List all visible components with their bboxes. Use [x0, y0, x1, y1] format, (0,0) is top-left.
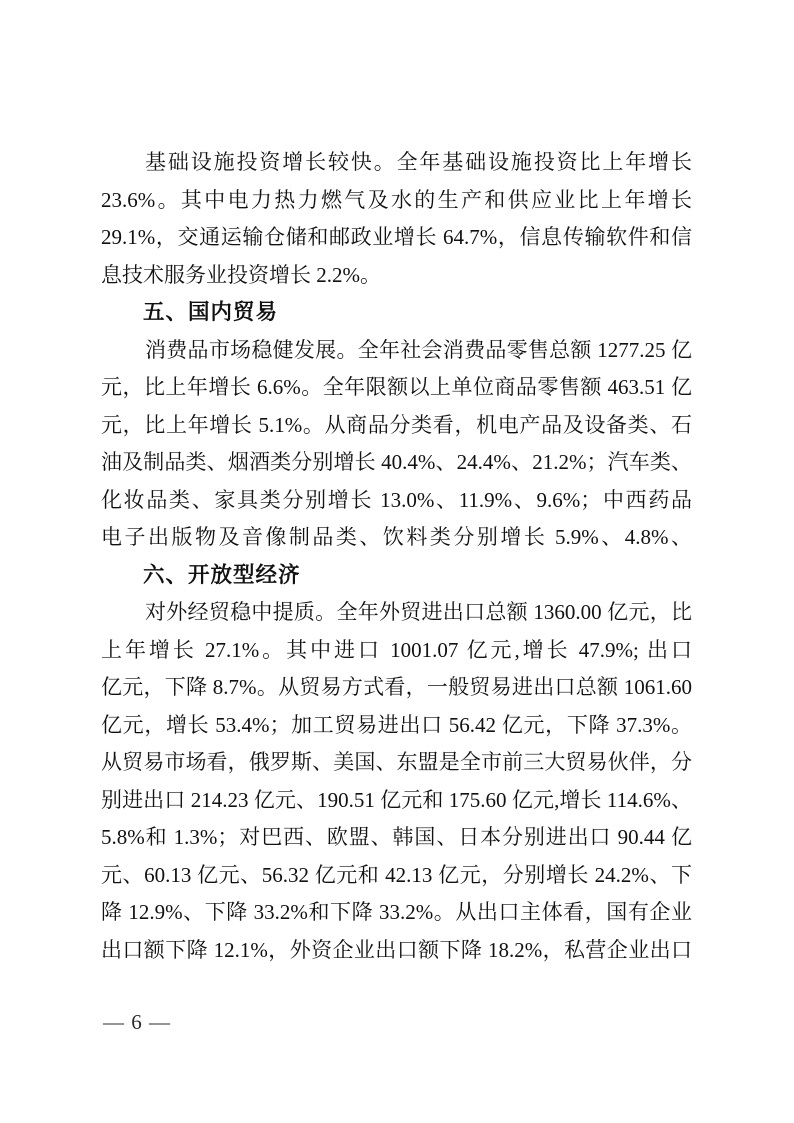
section-heading: 五、国内贸易 — [101, 294, 692, 332]
text-line: 化妆品类、家具类分别增长 13.0%、11.9%、9.6%；中西药品类、 — [101, 482, 692, 520]
text-line: 23.6%。其中电力热力燃气及水的生产和供应业比上年增长 — [101, 182, 692, 220]
text-line: 基础设施投资增长较快。全年基础设施投资比上年增长 — [101, 144, 692, 182]
text-line: 别进出口 214.23 亿元、190.51 亿元和 175.60 亿元,增长 1… — [101, 782, 692, 820]
text-line: 对外经贸稳中提质。全年外贸进出口总额 1360.00 亿元，比 — [101, 594, 692, 632]
text-line: 元，比上年增长 5.1%。从商品分类看，机电产品及设备类、石 — [101, 407, 692, 445]
text-line: 上年增长 27.1%。其中进口 1001.07 亿元,增长 47.9%; 出口 … — [101, 632, 692, 670]
text-line: 5.8%和 1.3%；对巴西、欧盟、韩国、日本分别进出口 90.44 亿 — [101, 819, 692, 857]
text-line: 油及制品类、烟酒类分别增长 40.4%、24.4%、21.2%；汽车类、 — [101, 444, 692, 482]
text-line: 元、60.13 亿元、56.32 亿元和 42.13 亿元，分别增长 24.2%… — [101, 857, 692, 895]
text-line: 出口额下降 12.1%，外资企业出口额下降 18.2%，私营企业出口 — [101, 932, 692, 970]
text-line: 29.1%，交通运输仓储和邮政业增长 64.7%，信息传输软件和信 — [101, 219, 692, 257]
text-line: 亿元，增长 53.4%；加工贸易进出口 56.42 亿元，下降 37.3%。 — [101, 707, 692, 745]
text-line: 亿元，下降 8.7%。从贸易方式看，一般贸易进出口总额 1061.60 — [101, 669, 692, 707]
page-footer: — 6 — — [103, 1007, 171, 1037]
document-body: 基础设施投资增长较快。全年基础设施投资比上年增长23.6%。其中电力热力燃气及水… — [101, 144, 692, 969]
text-line: 从贸易市场看，俄罗斯、美国、东盟是全市前三大贸易伙伴，分 — [101, 744, 692, 782]
page-number: — 6 — — [103, 1010, 171, 1034]
text-line: 元，比上年增长 6.6%。全年限额以上单位商品零售额 463.51 亿 — [101, 369, 692, 407]
section-heading: 六、开放型经济 — [101, 557, 692, 595]
text-line: 息技术服务业投资增长 2.2%。 — [101, 257, 692, 295]
document-page: 基础设施投资增长较快。全年基础设施投资比上年增长23.6%。其中电力热力燃气及水… — [0, 0, 794, 1123]
text-line: 降 12.9%、下降 33.2%和下降 33.2%。从出口主体看，国有企业 — [101, 894, 692, 932]
text-line: 电子出版物及音像制品类、饮料类分别增长 5.9%、4.8%、1.9%。 — [101, 519, 692, 557]
text-line: 消费品市场稳健发展。全年社会消费品零售总额 1277.25 亿 — [101, 332, 692, 370]
